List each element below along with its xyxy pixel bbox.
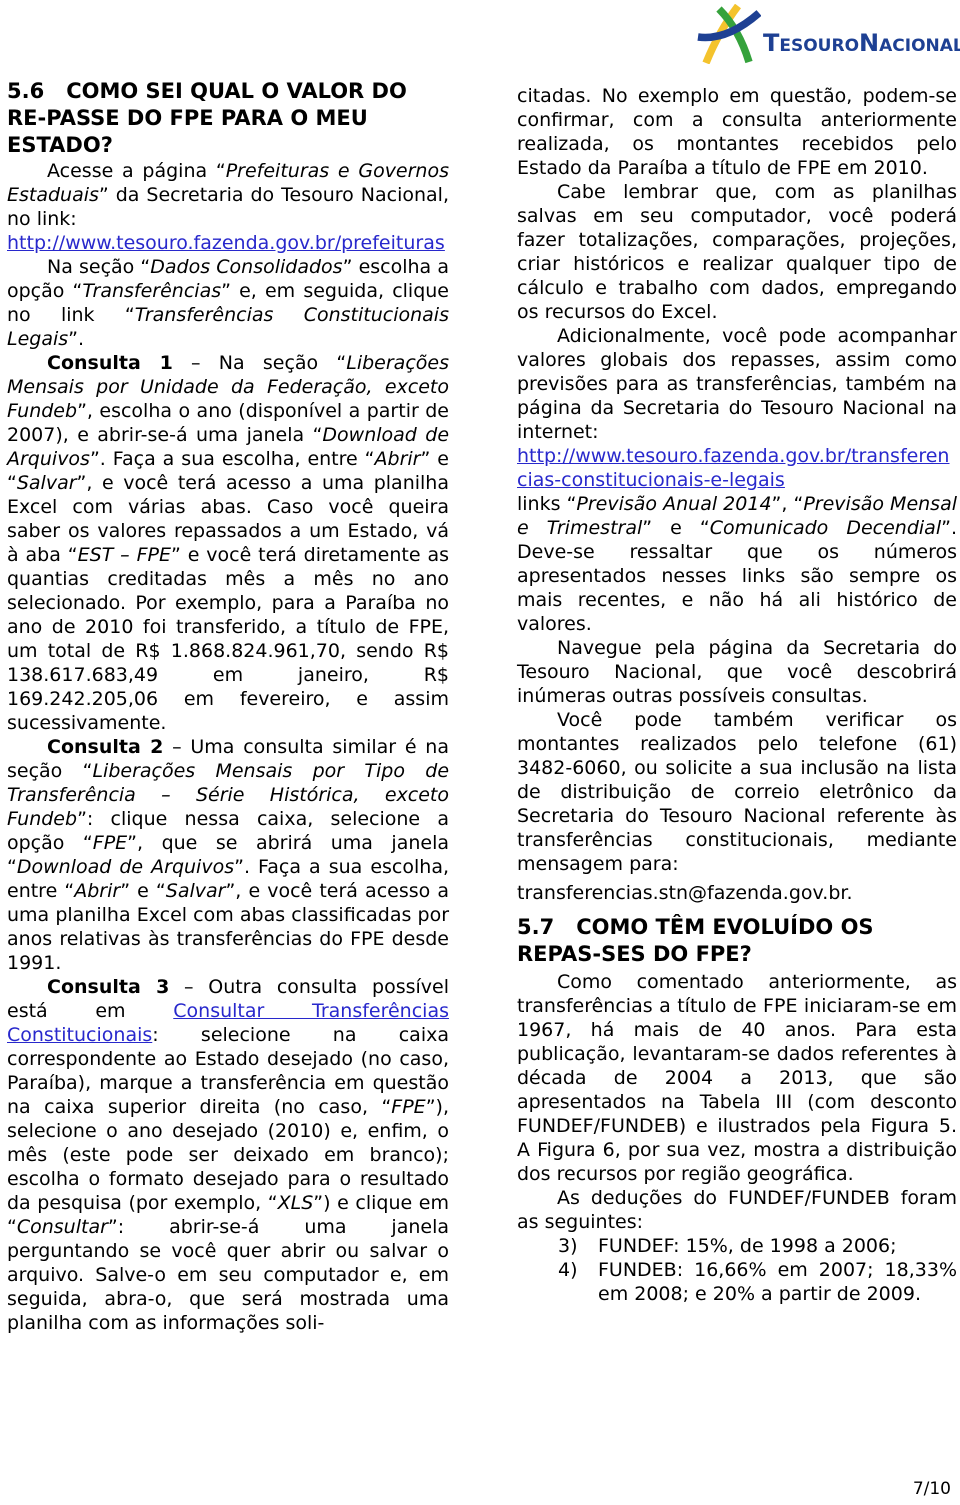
- text-segment: Consultar: [17, 1216, 108, 1238]
- text-segment: Salvar: [17, 472, 77, 494]
- list-item-number: 3): [558, 1234, 578, 1258]
- text-link[interactable]: http://www.tesouro.fazenda.gov.br/prefei…: [7, 232, 445, 254]
- text-segment: FPE: [93, 832, 127, 854]
- text-segment: Dados Consolidados: [150, 256, 342, 278]
- text-segment: Abrir: [74, 880, 120, 902]
- text-segment: FUNDEF: 15%, de 1998 a 2006;: [598, 1235, 897, 1257]
- text-segment: Você pode também verificar os montantes …: [517, 709, 957, 875]
- text-segment: FUNDEB: 16,66% em 2007; 18,33% em 2008; …: [598, 1259, 957, 1305]
- paragraph-consulta-3: Consulta 3 – Outra consulta possível est…: [7, 975, 449, 1335]
- text-segment: Adicionalmente, você pode acompanhar val…: [517, 325, 957, 443]
- text-segment: XLS: [278, 1192, 314, 1214]
- text-segment: ” e você terá diretamente as quantias cr…: [7, 544, 449, 734]
- paragraph-consulta-1: Consulta 1 – Na seção “Liberações Mensai…: [7, 351, 449, 735]
- text-segment: Consulta 2: [47, 736, 163, 758]
- section-number: 5.6: [7, 79, 66, 103]
- paragraph-consulta-2: Consulta 2 – Uma consulta similar é na s…: [7, 735, 449, 975]
- section-5-7-heading: 5.7COMO TÊM EVOLUÍDO OS REPAS-SES DO FPE…: [517, 914, 957, 968]
- list-item-text: FUNDEB: 16,66% em 2007; 18,33% em 2008; …: [598, 1259, 957, 1305]
- paragraph-citadas: citadas. No exemplo em questão, podem-se…: [517, 84, 957, 180]
- text-segment: ”, “: [772, 493, 804, 515]
- text-segment: Navegue pela página da Secretaria do Tes…: [517, 637, 957, 707]
- text-segment: Na seção “: [47, 256, 150, 278]
- text-segment: Abrir: [375, 448, 421, 470]
- text-segment: Acesse a página “: [47, 160, 226, 182]
- email-address: transferencias.stn@fazenda.gov.br.: [517, 881, 957, 905]
- page-number: 7/10: [913, 1479, 951, 1499]
- text-segment: Como comentado anteriormente, as transfe…: [517, 971, 957, 1185]
- text-segment: FPE: [391, 1096, 425, 1118]
- text-segment: ” e “: [120, 880, 166, 902]
- text-segment: Previsão Anual 2014: [576, 493, 771, 515]
- logo-mark-icon: [697, 4, 761, 64]
- list-item-text: FUNDEF: 15%, de 1998 a 2006;: [598, 1235, 897, 1257]
- paragraph-na-secao: Na seção “Dados Consolidados” escolha a …: [7, 255, 449, 351]
- url-link-transferencias[interactable]: http://www.tesouro.fazenda.gov.br/transf…: [517, 444, 957, 492]
- text-link[interactable]: http://www.tesouro.fazenda.gov.br/transf…: [517, 445, 949, 491]
- text-segment: As deduções do FUNDEF/FUNDEB foram as se…: [517, 1187, 957, 1233]
- paragraph-acesse: Acesse a página “Prefeituras e Governos …: [7, 159, 449, 231]
- logo-wordmark: TesouroNacional: [763, 30, 960, 56]
- section-title: COMO SEI QUAL O VALOR DO RE-PASSE DO FPE…: [7, 79, 407, 157]
- list-item-number: 4): [558, 1258, 578, 1282]
- text-segment: Transferências: [82, 280, 221, 302]
- paragraph-como-comentado: Como comentado anteriormente, as transfe…: [517, 970, 957, 1186]
- list-item: 4)FUNDEB: 16,66% em 2007; 18,33% em 2008…: [517, 1258, 957, 1306]
- section-number: 5.7: [517, 915, 576, 939]
- text-segment: – Na seção “: [173, 352, 346, 374]
- list-item: 3)FUNDEF: 15%, de 1998 a 2006;: [517, 1234, 957, 1258]
- paragraph-links-previsao: links “Previsão Anual 2014”, “Previsão M…: [517, 492, 957, 636]
- text-segment: transferencias.stn@fazenda.gov.br.: [517, 882, 853, 904]
- left-column: 5.6COMO SEI QUAL O VALOR DO RE-PASSE DO …: [7, 78, 449, 1335]
- text-segment: Salvar: [166, 880, 226, 902]
- text-segment: ” e “: [642, 517, 710, 539]
- right-column: citadas. No exemplo em questão, podem-se…: [517, 84, 957, 1306]
- tesouro-nacional-logo: TesouroNacional: [693, 3, 959, 67]
- text-segment: EST – FPE: [78, 544, 171, 566]
- paragraph-deducoes: As deduções do FUNDEF/FUNDEB foram as se…: [517, 1186, 957, 1234]
- url-link-prefeituras[interactable]: http://www.tesouro.fazenda.gov.br/prefei…: [7, 231, 449, 255]
- text-segment: Download de Arquivos: [17, 856, 234, 878]
- paragraph-cabe-lembrar: Cabe lembrar que, com as planilhas salva…: [517, 180, 957, 324]
- text-segment: ”.: [68, 328, 84, 350]
- text-segment: ”. Faça a sua escolha, entre “: [90, 448, 375, 470]
- paragraph-adicionalmente: Adicionalmente, você pode acompanhar val…: [517, 324, 957, 444]
- paragraph-navegue: Navegue pela página da Secretaria do Tes…: [517, 636, 957, 708]
- document-page: TesouroNacional 5.6COMO SEI QUAL O VALOR…: [0, 0, 960, 1505]
- logo-word-nacional: Nacional: [859, 29, 960, 57]
- logo-word-tesouro: Tesouro: [763, 29, 859, 57]
- paragraph-telefone: Você pode também verificar os montantes …: [517, 708, 957, 876]
- text-segment: Comunicado Decendial: [710, 517, 941, 539]
- text-segment: Cabe lembrar que, com as planilhas salva…: [517, 181, 957, 323]
- text-segment: citadas. No exemplo em questão, podem-se…: [517, 85, 957, 179]
- text-segment: Consulta 1: [47, 352, 173, 374]
- section-5-6-heading: 5.6COMO SEI QUAL O VALOR DO RE-PASSE DO …: [7, 78, 449, 159]
- text-segment: Consulta 3: [47, 976, 169, 998]
- text-segment: links “: [517, 493, 576, 515]
